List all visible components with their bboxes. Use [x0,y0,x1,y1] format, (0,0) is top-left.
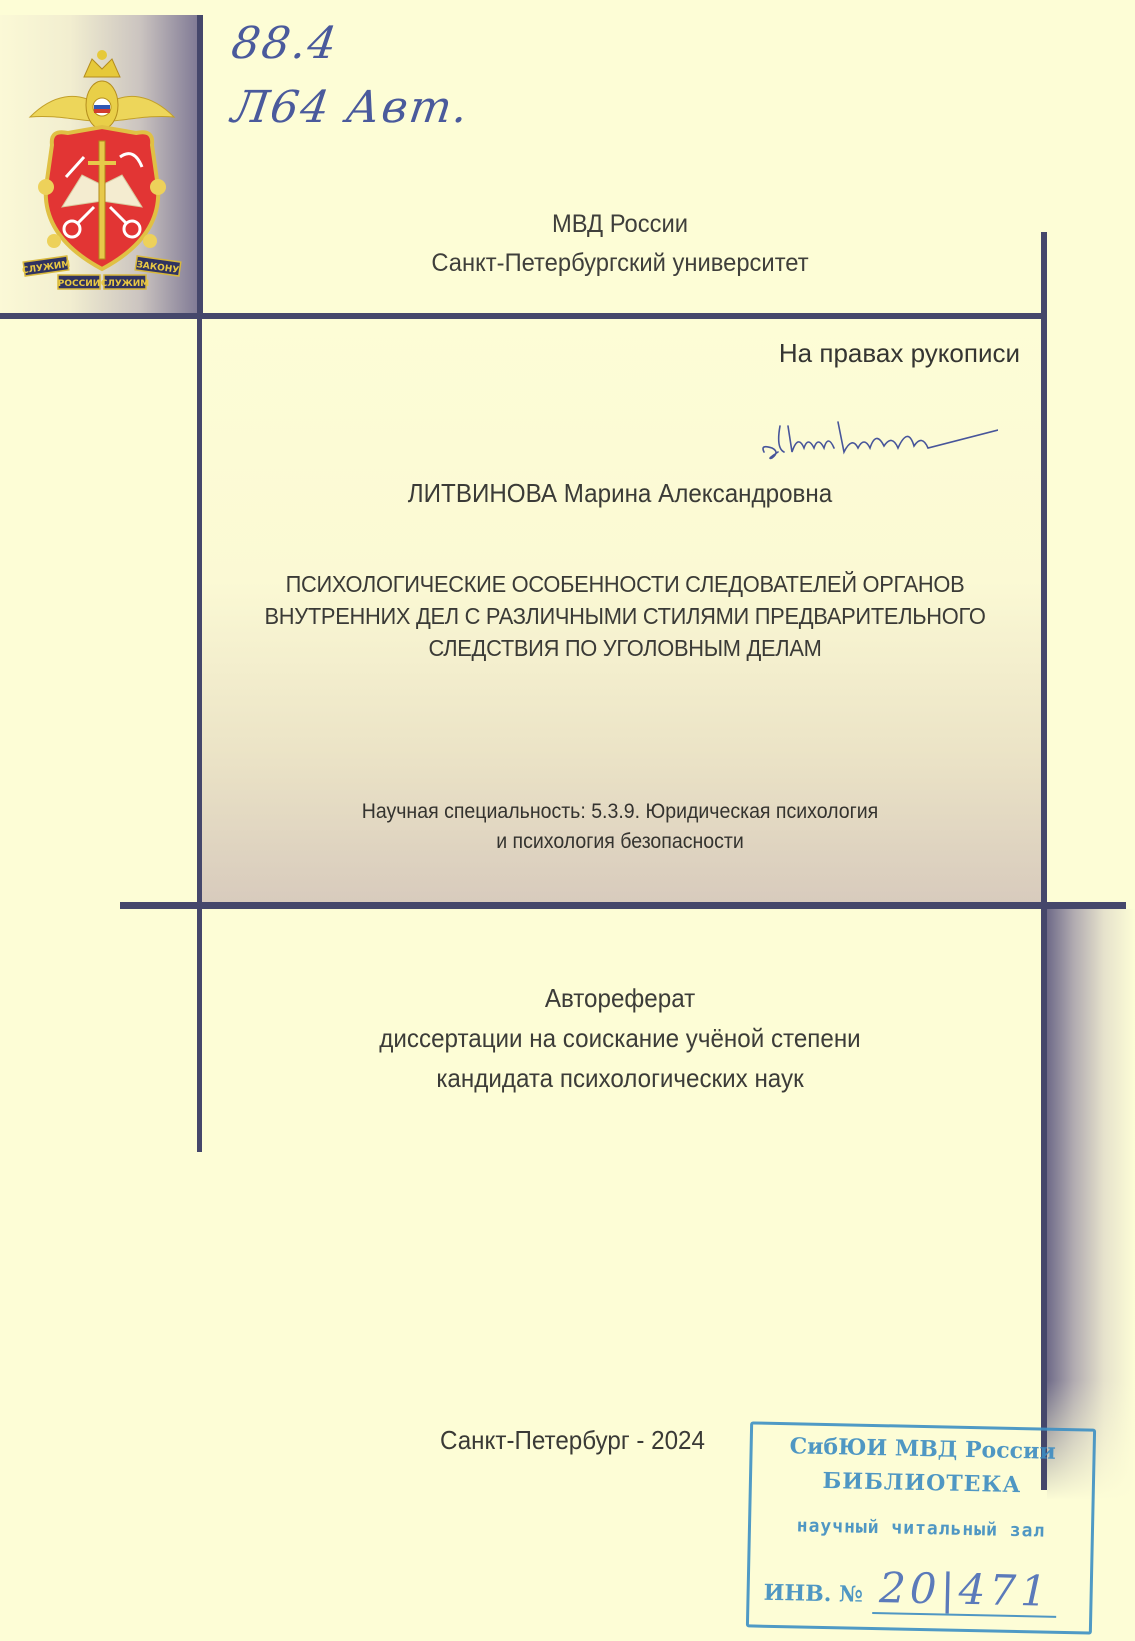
stamp-institution: СибЮИ МВД России [752,1432,1092,1465]
shelf-mark-author-code: Л64 Авт. [228,82,473,133]
author-name: ЛИТВИНОВА Марина Александровна [322,478,917,509]
rule-vertical-left-top [197,15,203,318]
document-type-line: кандидата психологических наук [295,1058,946,1098]
rule-vertical-right [1041,232,1047,1490]
stamp-library: БИБЛИОТЕКА [752,1466,1092,1499]
document-type-line: диссертации на соискание учёной степени [295,1018,946,1058]
svg-text:СЛУЖИМ: СЛУЖИМ [101,279,150,289]
ministry-name: МВД России [354,205,886,244]
university-name: Санкт-Петербургский университет [354,244,886,283]
institution-block: МВД России Санкт-Петербургский университ… [354,205,886,283]
mvd-emblem-icon: СЛУЖИМ РОССИИ СЛУЖИМ ЗАКОНУ [22,37,182,297]
scientific-specialty: Научная специальность: 5.3.9. Юридическа… [304,797,936,857]
stamp-inventory-label: ИНВ. № [763,1580,863,1608]
rule-vertical-left [197,318,202,1152]
emblem-panel: СЛУЖИМ РОССИИ СЛУЖИМ ЗАКОНУ [0,15,200,313]
rule-horizontal-top [0,313,1046,319]
manuscript-note: На правах рукописи [700,338,1020,369]
city-year: Санкт-Петербург - 2024 [440,1425,775,1456]
specialty-line: Научная специальность: 5.3.9. Юридическа… [304,797,936,827]
stamp-inventory-number: 20|471 [873,1563,1058,1618]
document-type-heading: Автореферат [295,978,946,1018]
stamp-inventory: ИНВ. №20|471 [749,1560,1090,1616]
shelf-mark-class: 88.4 [228,18,341,69]
svg-text:РОССИИ: РОССИИ [58,279,101,289]
document-type: Автореферат диссертации на соискание учё… [295,978,946,1098]
signature-icon [758,408,998,466]
stamp-reading-room: научный читальный зал [751,1514,1091,1542]
title-line: ПСИХОЛОГИЧЕСКИЕ ОСОБЕННОСТИ СЛЕДОВАТЕЛЕЙ… [231,568,1020,600]
title-line: СЛЕДСТВИЯ ПО УГОЛОВНЫМ ДЕЛАМ [231,632,1020,664]
library-stamp: СибЮИ МВД России БИБЛИОТЕКА научный чита… [746,1421,1096,1634]
rule-horizontal-middle [120,902,1126,909]
specialty-line: и психология безопасности [304,827,936,857]
dissertation-title: ПСИХОЛОГИЧЕСКИЕ ОСОБЕННОСТИ СЛЕДОВАТЕЛЕЙ… [231,568,1020,664]
title-line: ВНУТРЕННИХ ДЕЛ С РАЗЛИЧНЫМИ СТИЛЯМИ ПРЕД… [231,600,1020,632]
